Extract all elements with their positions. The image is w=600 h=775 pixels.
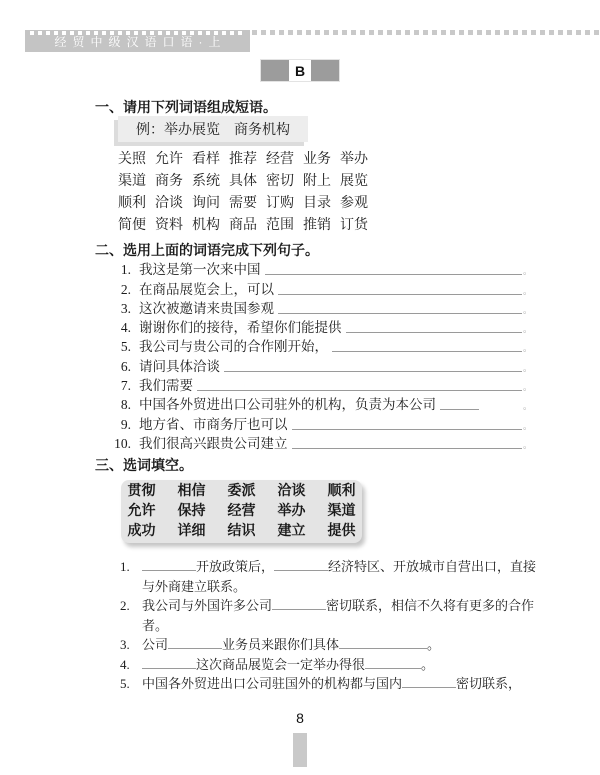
- item-text: 请问具体洽谈: [139, 358, 220, 375]
- word-cell: 洽谈: [155, 195, 183, 213]
- word-cell: 允许: [155, 151, 183, 169]
- item-text: 我这是第一次来中国: [139, 261, 261, 278]
- item-text: 中国各外贸进出口公司驻国外的机构都与国内密切联系，: [142, 674, 540, 694]
- item-text: 公司业务员来跟你们具体。: [142, 635, 540, 655]
- exercise2-item: 2.在商品展览会上，可以。: [95, 278, 532, 297]
- item-text: 我们需要: [139, 377, 193, 394]
- item-text: 开放政策后，经济特区、开放城市自营出口，直接与外商建立联系。: [142, 557, 540, 596]
- exercise3-item: 4.这次商品展览会一定举办得很。: [120, 655, 545, 675]
- sentence-period: 。: [523, 325, 532, 334]
- exercise1-heading: 一、请用下列词语组成短语。: [95, 97, 277, 117]
- exercise3-heading: 三、选词填空。: [95, 455, 193, 475]
- book-title: 经贸中级汉语口语·上: [49, 33, 227, 50]
- item-number: 7.: [95, 377, 131, 394]
- sentence-period: 。: [523, 267, 532, 276]
- item-number: 4.: [120, 655, 136, 675]
- word-grid: 关照允许看样推荐经营业务举办渠道商务系统具体密切附上展览顺利洽谈询问需要订购目录…: [118, 151, 368, 235]
- marker-right-square: [311, 60, 339, 81]
- word-cell: 展览: [340, 173, 368, 191]
- blank-line: [339, 636, 427, 649]
- word-cell: 推荐: [229, 151, 257, 169]
- sentence-period: 。: [523, 364, 532, 373]
- exercise2-item: 8.中国各外贸进出口公司驻外的机构，负责为本公司。: [95, 394, 532, 413]
- exercise3-list: 1.开放政策后，经济特区、开放城市自营出口，直接与外商建立联系。2.我公司与外国…: [120, 557, 545, 694]
- word-bank-cell: 成功: [128, 522, 156, 541]
- item-number: 2.: [95, 281, 131, 298]
- dashed-line-over-band: [30, 31, 244, 35]
- exercise2-item: 9.地方省、市商务厅也可以。: [95, 413, 532, 432]
- word-bank-cell: 提供: [328, 522, 356, 541]
- item-text: 这次商品展览会一定举办得很。: [142, 655, 540, 675]
- item-number: 5.: [95, 338, 131, 355]
- item-text: 我公司与贵公司的合作刚开始，: [139, 338, 328, 355]
- item-text: 谢谢你们的接待，希望你们能提供: [139, 319, 342, 336]
- word-cell: 机构: [192, 217, 220, 235]
- word-cell: 经营: [266, 151, 294, 169]
- item-number: 5.: [120, 674, 136, 694]
- word-cell: 需要: [229, 195, 257, 213]
- sentence-period: 。: [523, 344, 532, 353]
- sentence-fragment: 。: [427, 637, 440, 652]
- answer-line: [197, 389, 522, 391]
- blank-line: [274, 558, 328, 571]
- blank-line: [402, 675, 456, 688]
- item-number: 10.: [95, 435, 131, 452]
- word-bank-cell: 顺利: [328, 482, 356, 501]
- word-bank: 贯彻相信委派洽谈顺利允许保持经营举办渠道成功详细结识建立提供: [121, 480, 362, 543]
- exercise2-list: 1.我这是第一次来中国。2.在商品展览会上，可以。3.这次被邀请来贵国参观。4.…: [95, 259, 532, 452]
- word-cell: 简便: [118, 217, 146, 235]
- word-cell: 看样: [192, 151, 220, 169]
- item-number: 3.: [95, 300, 131, 317]
- word-cell: 询问: [192, 195, 220, 213]
- sentence-fragment: 密切联系，: [456, 676, 521, 691]
- example-box: 例：举办展览 商务机构: [118, 116, 308, 142]
- item-number: 8.: [95, 396, 131, 413]
- word-cell: 业务: [303, 151, 331, 169]
- word-cell: 顺利: [118, 195, 146, 213]
- answer-line: [278, 293, 522, 295]
- word-cell: 渠道: [118, 173, 146, 191]
- word-cell: 商务: [155, 173, 183, 191]
- exercise3-item: 1.开放政策后，经济特区、开放城市自营出口，直接与外商建立联系。: [120, 557, 545, 596]
- item-text: 中国各外贸进出口公司驻外的机构，负责为本公司: [139, 396, 436, 413]
- item-number: 3.: [120, 635, 136, 655]
- blank-line: [142, 656, 196, 669]
- sentence-fragment: 业务员来跟你们具体: [222, 637, 339, 652]
- answer-line: [224, 370, 522, 372]
- section-marker: B: [260, 59, 340, 82]
- word-cell: 系统: [192, 173, 220, 191]
- word-cell: 关照: [118, 151, 146, 169]
- word-cell: 商品: [229, 217, 257, 235]
- exercise3-item: 5.中国各外贸进出口公司驻国外的机构都与国内密切联系，: [120, 674, 545, 694]
- item-text: 地方省、市商务厅也可以: [139, 416, 288, 433]
- word-cell: 订购: [266, 195, 294, 213]
- exercise2-item: 7.我们需要。: [95, 375, 532, 394]
- exercise2-item: 3.这次被邀请来贵国参观。: [95, 298, 532, 317]
- sentence-period: 。: [523, 441, 532, 450]
- blank-line: [142, 558, 196, 571]
- word-bank-cell: 经营: [228, 502, 256, 521]
- blank-line: [168, 636, 222, 649]
- word-cell: 范围: [266, 217, 294, 235]
- answer-line: [332, 350, 522, 352]
- exercise3-item: 3.公司业务员来跟你们具体。: [120, 635, 545, 655]
- answer-line: [440, 408, 479, 410]
- dashed-line: [252, 30, 600, 35]
- word-cell: 附上: [303, 173, 331, 191]
- word-bank-cell: 相信: [178, 482, 206, 501]
- sentence-fragment: 这次商品展览会一定举办得很: [196, 657, 365, 672]
- word-bank-cell: 贯彻: [128, 482, 156, 501]
- word-cell: 资料: [155, 217, 183, 235]
- sentence-fragment: 开放政策后，: [196, 559, 274, 574]
- exercise2-item: 1.我这是第一次来中国。: [95, 259, 532, 278]
- word-bank-cell: 举办: [278, 502, 306, 521]
- sentence-period: 。: [523, 422, 532, 431]
- item-number: 6.: [95, 358, 131, 375]
- sentence-period: 。: [523, 287, 532, 296]
- word-bank-cell: 结识: [228, 522, 256, 541]
- word-cell: 具体: [229, 173, 257, 191]
- sentence-fragment: 。: [421, 657, 434, 672]
- item-text: 我公司与外国许多公司密切联系，相信不久将有更多的合作者。: [142, 596, 540, 635]
- word-cell: 密切: [266, 173, 294, 191]
- answer-line: [265, 273, 522, 275]
- item-text: 我们很高兴跟贵公司建立: [139, 435, 288, 452]
- answer-line: [278, 312, 522, 314]
- sentence-fragment: 我公司与外国许多公司: [142, 598, 272, 613]
- marker-label: B: [289, 60, 311, 81]
- word-cell: 目录: [303, 195, 331, 213]
- sentence-fragment: 中国各外贸进出口公司驻国外的机构都与国内: [142, 676, 402, 691]
- page-number: 8: [296, 710, 304, 726]
- exercise2-item: 10.我们很高兴跟贵公司建立。: [95, 433, 532, 452]
- answer-line: [346, 331, 522, 333]
- word-cell: 举办: [340, 151, 368, 169]
- item-number: 9.: [95, 416, 131, 433]
- item-number: 1.: [95, 261, 131, 278]
- sentence-period: 。: [523, 383, 532, 392]
- page-tab: [293, 733, 307, 767]
- sentence-period: 。: [523, 306, 532, 315]
- word-cell: 参观: [340, 195, 368, 213]
- word-bank-cell: 洽谈: [278, 482, 306, 501]
- answer-line: [292, 447, 522, 449]
- example-text: 例：举办展览 商务机构: [136, 119, 290, 139]
- word-cell: 推销: [303, 217, 331, 235]
- item-text: 在商品展览会上，可以: [139, 281, 274, 298]
- sentence-period: 。: [523, 402, 532, 411]
- item-number: 4.: [95, 319, 131, 336]
- word-bank-cell: 建立: [278, 522, 306, 541]
- marker-left-square: [261, 60, 289, 81]
- exercise2-item: 5.我公司与贵公司的合作刚开始，。: [95, 336, 532, 355]
- word-bank-cell: 详细: [178, 522, 206, 541]
- word-bank-cell: 保持: [178, 502, 206, 521]
- word-bank-cell: 允许: [128, 502, 156, 521]
- exercise3-item: 2.我公司与外国许多公司密切联系，相信不久将有更多的合作者。: [120, 596, 545, 635]
- answer-line: [292, 428, 522, 430]
- exercise2-item: 6.请问具体洽谈。: [95, 355, 532, 374]
- exercise2-item: 4.谢谢你们的接待，希望你们能提供。: [95, 317, 532, 336]
- blank-line: [272, 597, 326, 610]
- word-bank-cell: 渠道: [328, 502, 356, 521]
- exercise2-heading: 二、选用上面的词语完成下列句子。: [95, 240, 319, 260]
- word-cell: 订货: [340, 217, 368, 235]
- item-text: 这次被邀请来贵国参观: [139, 300, 274, 317]
- item-number: 1.: [120, 557, 136, 577]
- sentence-fragment: 公司: [142, 637, 168, 652]
- item-number: 2.: [120, 596, 136, 616]
- blank-line: [365, 656, 421, 669]
- word-bank-cell: 委派: [228, 482, 256, 501]
